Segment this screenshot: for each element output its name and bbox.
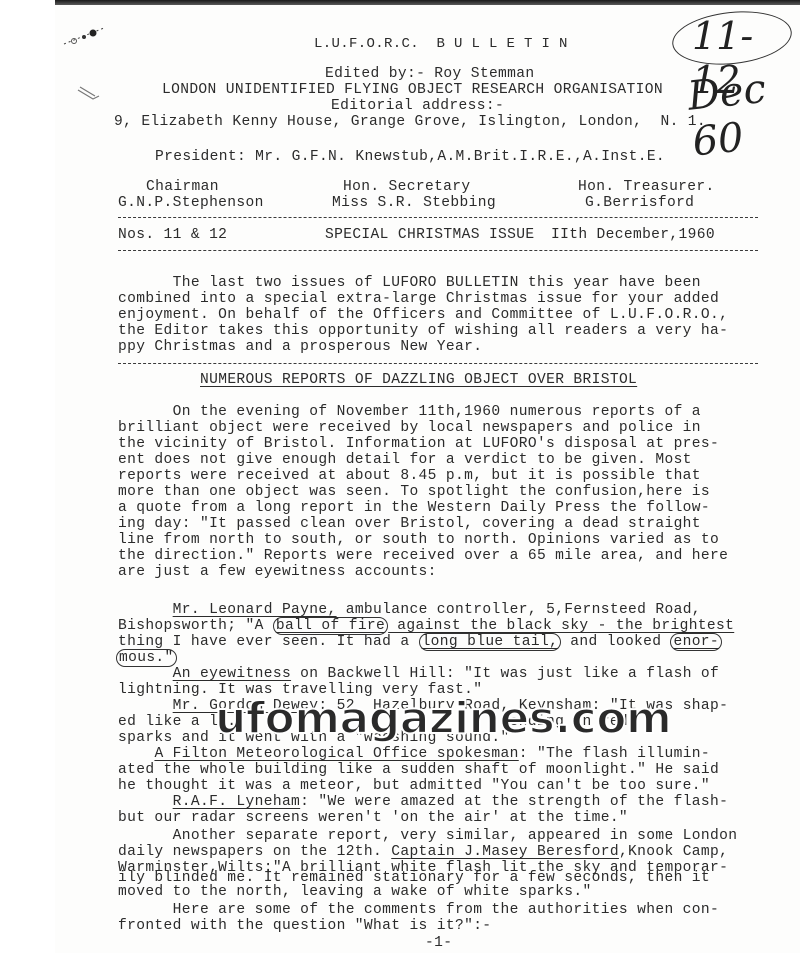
article-line: ing day: "It passed clean over Bristol, … [118,517,701,532]
authorities-line: Here are some of the comments from the a… [118,903,719,918]
article-line: the vicinity of Bristol. Information at … [118,437,719,452]
circled-phrase: long blue tail, [419,633,562,651]
witness-name: R.A.F. Lyneham [173,794,301,810]
intro-line: combined into a special extra-large Chri… [118,292,719,307]
witness-raf-line2: but our radar screens weren't 'on the ai… [118,811,628,826]
editorial-address: 9, Elizabeth Kenny House, Grange Grove, … [114,115,706,130]
treasurer-name: G.Berrisford [585,196,694,211]
intro-line: The last two issues of LUFORO BULLETIN t… [118,276,701,291]
divider-dashed [118,363,758,364]
london-report-line: moved to the north, leaving a wake of wh… [118,885,592,900]
article-headline: NUMEROUS REPORTS OF DAZZLING OBJECT OVER… [200,373,637,388]
intro-line: the Editor takes this opportunity of wis… [118,324,728,339]
secretary-name: Miss S.R. Stebbing [332,196,496,211]
witness-text: ,Knook Camp, [619,844,728,860]
issue-date: IIth December,1960 [551,228,715,243]
page-number: -1- [425,936,452,951]
watermark: ufomagazines.com [215,693,671,744]
article-line: On the evening of November 11th,1960 num… [118,405,701,420]
circled-phrase: ball of fire [273,617,388,635]
witness-name: A Filton Meteorological Office spokesman [154,746,518,762]
witness-payne-line3: thing I have ever seen. It had a long bl… [118,635,722,650]
witness-name: Mr. Leonard Payne, [173,602,337,618]
witness-text: : "We were amazed at the strength of the… [300,794,728,810]
president-line: President: Mr. G.F.N. Knewstub,A.M.Brit.… [155,150,665,165]
pencil-tick-mark [75,82,103,104]
article-line: are just a few eyewitness accounts: [118,565,437,580]
witness-text: against the black sky - the brightest [388,618,734,634]
witness-payne-line1: Mr. Leonard Payne, ambulance controller,… [118,603,701,618]
witness-text: daily newspapers on the 12th. [118,844,391,860]
witness-raf-line1: R.A.F. Lyneham: "We were amazed at the s… [118,795,728,810]
witness-text: ambulance controller, 5,Fernsteed Road, [337,602,701,618]
issue-numbers: Nos. 11 & 12 [118,228,227,243]
editorial-label: Editorial address:- [331,99,504,114]
article-line: ent does not give enough detail for a ve… [118,453,692,468]
article-line: the direction." Reports were received ov… [118,549,728,564]
authorities-line: fronted with the question "What is it?":… [118,919,491,934]
article-line: reports were received at about 8.45 p.m,… [118,469,701,484]
witness-text: and looked [561,634,670,650]
witness-text: Bishopsworth; "A [118,618,273,634]
organisation-name: LONDON UNIDENTIFIED FLYING OBJECT RESEAR… [162,83,663,98]
bulletin-title: L.U.F.O.R.C. B U L L E T I N [314,37,568,51]
article-line: more than one object was seen. To spotli… [118,485,710,500]
intro-line: ppy Christmas and a prosperous New Year. [118,340,482,355]
witness-text: on Backwell Hill: "It was just like a fl… [291,666,719,682]
witness-filton-line1: A Filton Meteorological Office spokesman… [118,747,710,762]
witness-filton-line3: he thought it was a meteor, but admitted… [118,779,710,794]
handwritten-date: Dec 60 [685,63,800,166]
witness-name: An eyewitness [173,666,291,682]
article-line: a quote from a long report in the Wester… [118,501,710,516]
witness-payne-line2: Bishopsworth; "A ball of fire against th… [118,619,734,634]
ink-smudge-mark [60,22,110,52]
circled-phrase: mous." [116,649,177,667]
intro-line: enjoyment. On behalf of the Officers and… [118,308,728,323]
witness-filton-line2: ated the whole building like a sudden sh… [118,763,719,778]
circled-phrase: enor- [670,633,722,651]
witness-text: thing I have ever seen. It had a [118,634,419,650]
divider-dashed [118,217,758,218]
witness-payne-line4: mous." [116,651,177,666]
secretary-role: Hon. Secretary [343,180,471,195]
treasurer-role: Hon. Treasurer. [578,180,715,195]
witness-name: Captain J.Masey Beresford [391,844,619,860]
chairman-role: Chairman [146,180,219,195]
edited-by: Edited by:- Roy Stemman [325,67,534,82]
article-line: brilliant object were received by local … [118,421,701,436]
witness-backwell-line1: An eyewitness on Backwell Hill: "It was … [118,667,719,682]
witness-text: : "The flash illumin- [519,746,710,762]
issue-name: SPECIAL CHRISTMAS ISSUE [325,228,534,243]
london-report-line: Another separate report, very similar, a… [118,829,737,844]
article-line: line from north to south, or south to no… [118,533,719,548]
london-report-line: daily newspapers on the 12th. Captain J.… [118,845,728,860]
divider-dashed [118,250,758,251]
chairman-name: G.N.P.Stephenson [118,196,264,211]
